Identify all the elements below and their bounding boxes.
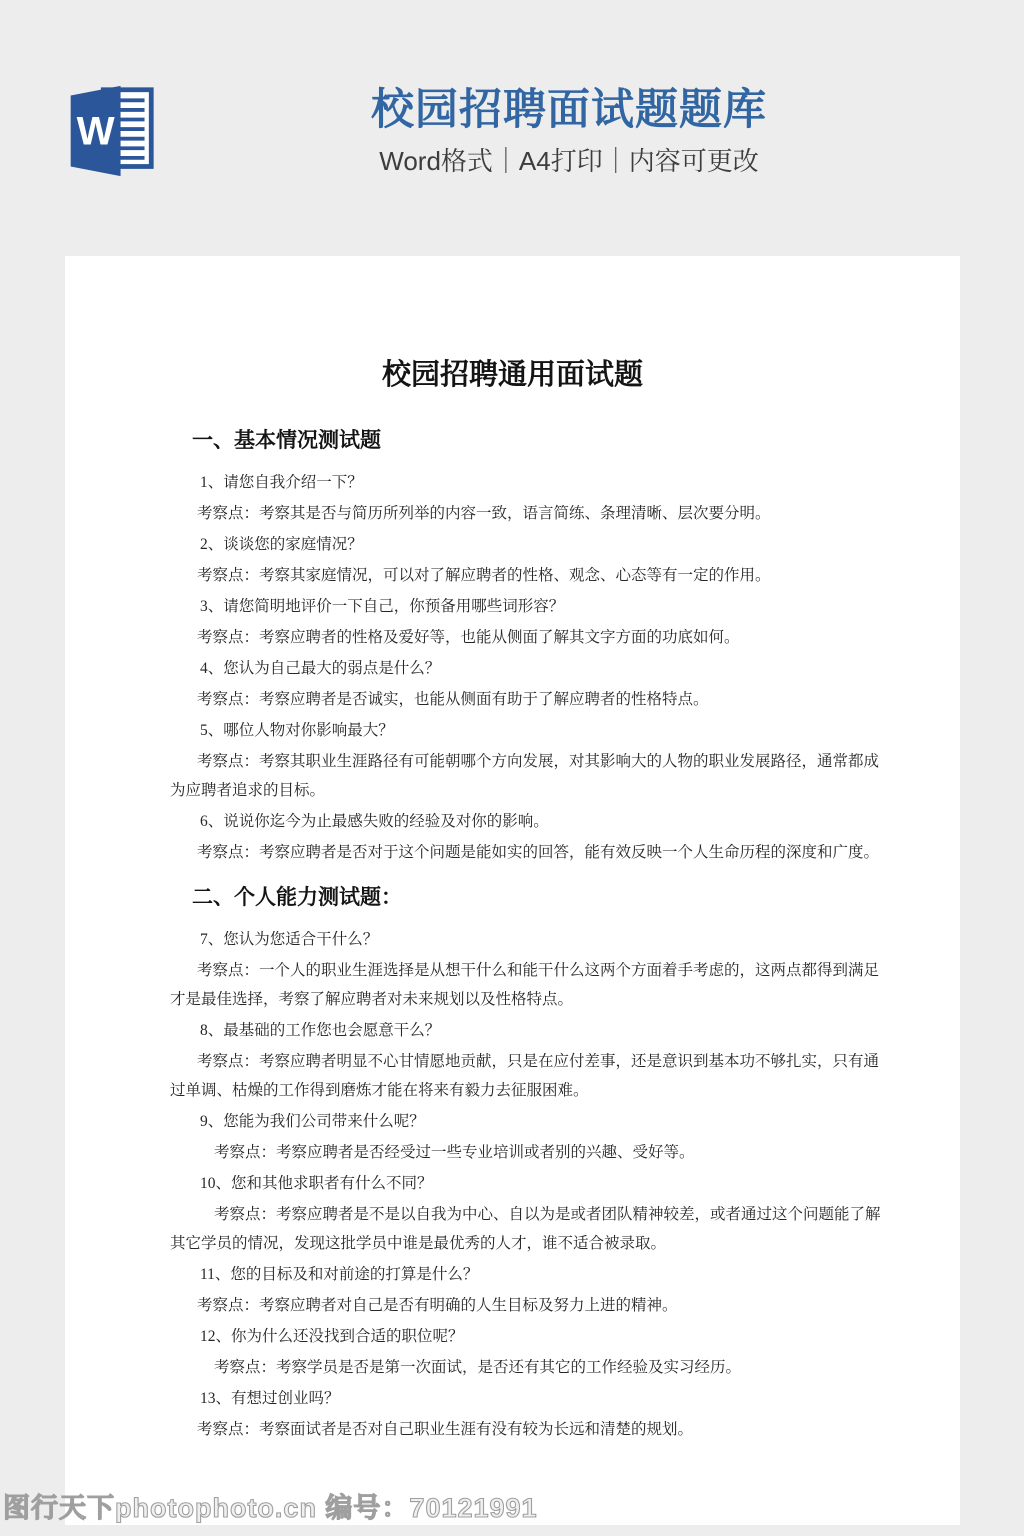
assessment-point: 考察点：考察学员是否是第一次面试，是否还有其它的工作经验及实习经历。 [170,1353,886,1382]
assessment-point: 考察点：考察应聘者的性格及爱好等，也能从侧面了解其文字方面的功底如何。 [170,623,886,652]
page-subtitle: Word格式｜A4打印｜内容可更改 [160,146,978,176]
question-text: 8、最基础的工作您也会愿意干么？ [170,1016,886,1045]
question-section: 二、个人能力测试题： 7、您认为您适合干什么？ 考察点：一个人的职业生涯选择是从… [170,883,886,1444]
assessment-point: 考察点：考察其职业生涯路径有可能朝哪个方向发展，对其影响大的人物的职业发展路径，… [170,747,886,805]
question-text: 3、请您简明地评价一下自己，你预备用哪些词形容？ [170,592,886,621]
assessment-point: 考察点：考察面试者是否对自己职业生涯有没有较为长远和清楚的规划。 [170,1415,886,1444]
assessment-point: 考察点：一个人的职业生涯选择是从想干什么和能干什么这两个方面着手考虑的，这两点都… [170,956,886,1014]
assessment-point: 考察点：考察应聘者是不是以自我为中心、自以为是或者团队精神较差，或者通过这个问题… [170,1200,886,1258]
assessment-point: 考察点：考察应聘者对自己是否有明确的人生目标及努力上进的精神。 [170,1291,886,1320]
assessment-point: 考察点：考察应聘者是否经受过一些专业培训或者别的兴趣、受好等。 [170,1138,886,1167]
question-text: 4、您认为自己最大的弱点是什么？ [170,654,886,683]
document-body: 一、基本情况测试题 1、请您自我介绍一下？ 考察点：考察其是否与简历所列举的内容… [65,392,960,1444]
section-heading: 二、个人能力测试题： [170,883,886,911]
header: W 校园招聘面试题题库 Word格式｜A4打印｜内容可更改 [0,0,1024,256]
word-file-icon: W [63,83,157,179]
assessment-point: 考察点：考察其家庭情况，可以对了解应聘者的性格、观念、心态等有一定的作用。 [170,561,886,590]
svg-text:W: W [77,108,115,153]
question-text: 6、说说你迄今为止最感失败的经验及对你的影响。 [170,807,886,836]
question-text: 13、有想过创业吗？ [170,1384,886,1413]
question-text: 10、您和其他求职者有什么不同？ [170,1169,886,1198]
header-text-block: 校园招聘面试题题库 Word格式｜A4打印｜内容可更改 [160,86,978,176]
page-title: 校园招聘面试题题库 [160,86,978,134]
question-text: 12、你为什么还没找到合适的职位呢？ [170,1322,886,1351]
document-page: 校园招聘通用面试题 一、基本情况测试题 1、请您自我介绍一下？ 考察点：考察其是… [65,256,960,1525]
section-heading: 一、基本情况测试题 [170,426,886,454]
question-text: 2、谈谈您的家庭情况？ [170,530,886,559]
question-text: 11、您的目标及和对前途的打算是什么？ [170,1260,886,1289]
assessment-point: 考察点：考察应聘者是否对于这个问题是能如实的回答，能有效反映一个人生命历程的深度… [170,838,886,867]
question-section: 一、基本情况测试题 1、请您自我介绍一下？ 考察点：考察其是否与简历所列举的内容… [170,426,886,867]
question-text: 7、您认为您适合干什么？ [170,925,886,954]
screenshot-root: W 校园招聘面试题题库 Word格式｜A4打印｜内容可更改 校园招聘通用面试题 … [0,0,1024,1536]
watermark-text: 图行天下photophoto.cn 编号：70121991 [3,1486,538,1525]
document-title: 校园招聘通用面试题 [65,358,960,392]
assessment-point: 考察点：考察其是否与简历所列举的内容一致，语言简练、条理清晰、层次要分明。 [170,499,886,528]
assessment-point: 考察点：考察应聘者明显不心甘情愿地贡献，只是在应付差事，还是意识到基本功不够扎实… [170,1047,886,1105]
question-text: 9、您能为我们公司带来什么呢？ [170,1107,886,1136]
assessment-point: 考察点：考察应聘者是否诚实，也能从侧面有助于了解应聘者的性格特点。 [170,685,886,714]
question-text: 1、请您自我介绍一下？ [170,468,886,497]
question-text: 5、哪位人物对你影响最大？ [170,716,886,745]
